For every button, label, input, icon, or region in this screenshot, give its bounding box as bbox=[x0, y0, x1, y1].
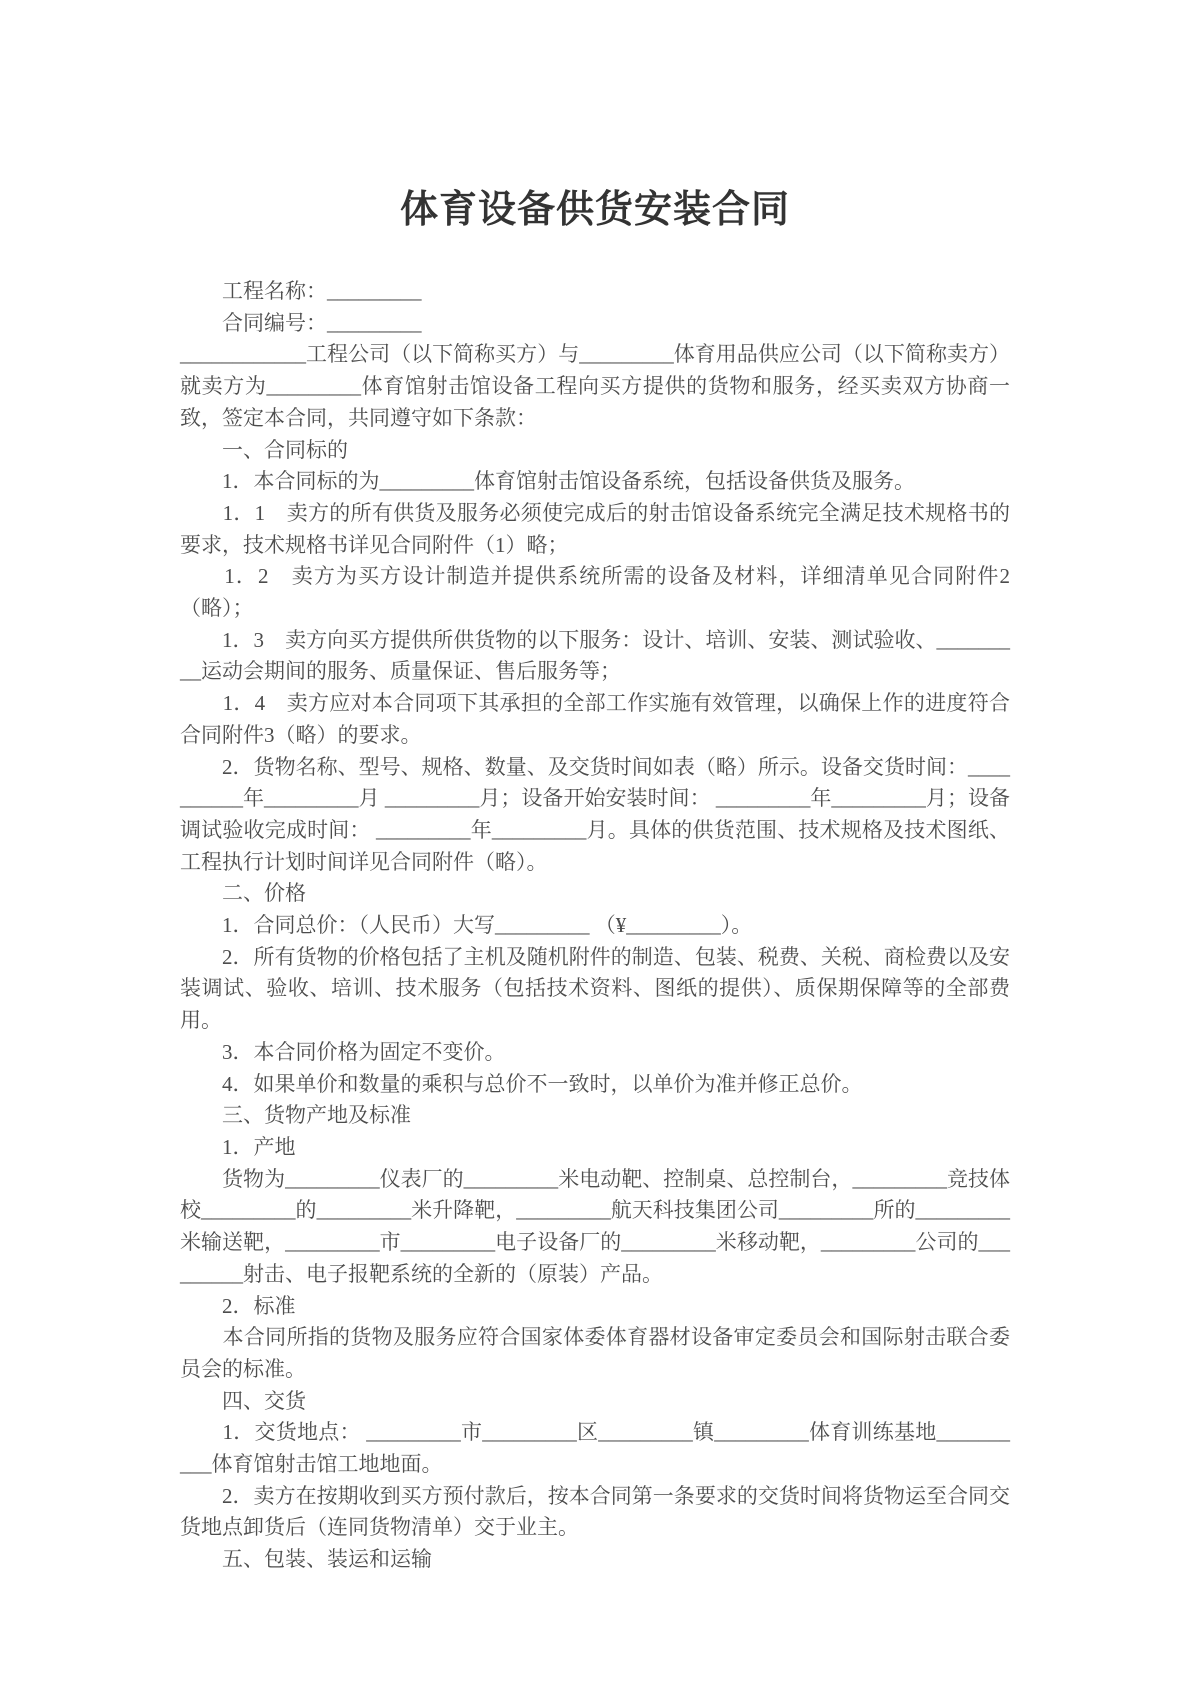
contract-number-line: 合同编号：_________ bbox=[180, 308, 1010, 340]
section-3-heading: 三、货物产地及标准 bbox=[180, 1100, 1010, 1132]
clause-origin-heading: 1．产地 bbox=[180, 1132, 1010, 1164]
section-1-heading: 一、合同标的 bbox=[180, 435, 1010, 467]
clause-standard-detail: 本合同所指的货物及服务应符合国家体委体育器材设备审定委员会和国际射击联合委员会的… bbox=[180, 1322, 1010, 1385]
document-page: 体育设备供货安装合同 工程名称：_________ 合同编号：_________… bbox=[0, 0, 1190, 1683]
clause-standard-heading: 2．标准 bbox=[180, 1291, 1010, 1323]
section-5-heading: 五、包装、装运和运输 bbox=[180, 1544, 1010, 1576]
clause-origin-detail: 货物为_________仪表厂的_________米电动靶、控制桌、总控制台，_… bbox=[180, 1164, 1010, 1291]
clause-price-total: 1．合同总价：（人民币）大写_________ （¥_________）。 bbox=[180, 910, 1010, 942]
clause-2-delivery-times: 2．货物名称、型号、规格、数量、及交货时间如表（略）所示。设备交货时间：____… bbox=[180, 752, 1010, 879]
clause-1-4: 1．4 卖方应对本合同项下其承担的全部工作实施有效管理，以确保上作的进度符合合同… bbox=[180, 688, 1010, 751]
clause-price-fixed: 3．本合同价格为固定不变价。 bbox=[180, 1037, 1010, 1069]
section-4-heading: 四、交货 bbox=[180, 1386, 1010, 1418]
document-title: 体育设备供货安装合同 bbox=[180, 186, 1010, 234]
preamble-paragraph: ____________工程公司（以下简称买方）与_________体育用品供应… bbox=[180, 339, 1010, 434]
clause-1: 1．本合同标的为_________体育馆射击馆设备系统，包括设备供货及服务。 bbox=[180, 466, 1010, 498]
clause-1-1: 1．1 卖方的所有供货及服务必须使完成后的射击馆设备系统完全满足技术规格书的要求… bbox=[180, 498, 1010, 561]
section-2-heading: 二、价格 bbox=[180, 878, 1010, 910]
clause-delivery-location: 1．交货地点： _________市_________区_________镇__… bbox=[180, 1417, 1010, 1480]
clause-price-correction: 4．如果单价和数量的乘积与总价不一致时，以单价为准并修正总价。 bbox=[180, 1069, 1010, 1101]
clause-1-3: 1．3 卖方向买方提供所供货物的以下服务：设计、培训、安装、测试验收、_____… bbox=[180, 625, 1010, 688]
project-name-line: 工程名称：_________ bbox=[180, 276, 1010, 308]
clause-delivery-terms: 2．卖方在按期收到买方预付款后，按本合同第一条要求的交货时间将货物运至合同交货地… bbox=[180, 1481, 1010, 1544]
clause-1-2: 1．2 卖方为买方设计制造并提供系统所需的设备及材料，详细清单见合同附件2（略）… bbox=[180, 561, 1010, 624]
document-body: 工程名称：_________ 合同编号：_________ __________… bbox=[180, 276, 1010, 1576]
clause-price-scope: 2．所有货物的价格包括了主机及随机附件的制造、包装、税费、关税、商检费以及安装调… bbox=[180, 942, 1010, 1037]
